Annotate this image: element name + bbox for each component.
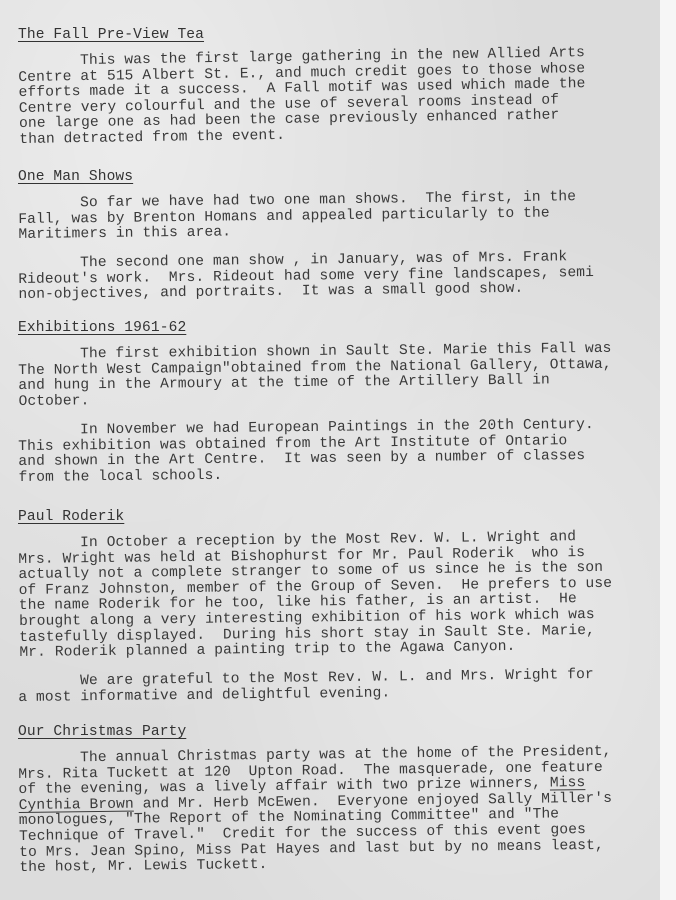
text-line: the host, Mr. Lewis Tuckett. — [19, 857, 267, 876]
section-exhibitions: Exhibitions 1961-62 The first exhibition… — [18, 321, 658, 497]
paragraph: The annual Christmas party was at the ho… — [18, 744, 659, 877]
paragraph: The first exhibition shown in Sault Ste.… — [18, 341, 659, 410]
section-heading: The Fall Pre-View Tea — [18, 28, 204, 44]
text-line: from the local schools. — [18, 468, 222, 486]
section-christmas-party: Our Christmas Party The annual Christmas… — [18, 725, 658, 887]
paragraph: In October a reception by the Most Rev. … — [18, 529, 659, 662]
text-line: Maritimers in this area. — [18, 224, 231, 243]
page-margin — [660, 0, 676, 900]
underlined-name: Cynthia Brown — [19, 796, 134, 813]
underlined-name: Miss — [550, 775, 586, 791]
section-one-man-shows: One Man Shows So far we have had two one… — [18, 170, 658, 315]
text-line: a most informative and delightful evenin… — [18, 685, 390, 706]
paragraph: We are grateful to the Most Rev. W. L. a… — [18, 668, 658, 707]
section-heading: Paul Roderik — [18, 510, 124, 526]
paragraph: In November we had European Paintings in… — [18, 417, 659, 486]
paragraph: The second one man show , in January, wa… — [18, 250, 659, 305]
section-heading: Exhibitions 1961-62 — [18, 321, 186, 337]
text-line: than detracted from the event. — [19, 127, 285, 147]
section-heading: Our Christmas Party — [18, 725, 186, 741]
text-line: October. — [18, 393, 89, 410]
paragraph: This was the first large gathering in th… — [18, 45, 659, 149]
section-fall-preview-tea: The Fall Pre-View Tea This was the first… — [18, 28, 658, 159]
section-paul-roderik: Paul Roderik In October a reception by t… — [18, 510, 658, 718]
paragraph: So far we have had two one man shows. Th… — [18, 189, 659, 244]
section-heading: One Man Shows — [18, 170, 133, 186]
